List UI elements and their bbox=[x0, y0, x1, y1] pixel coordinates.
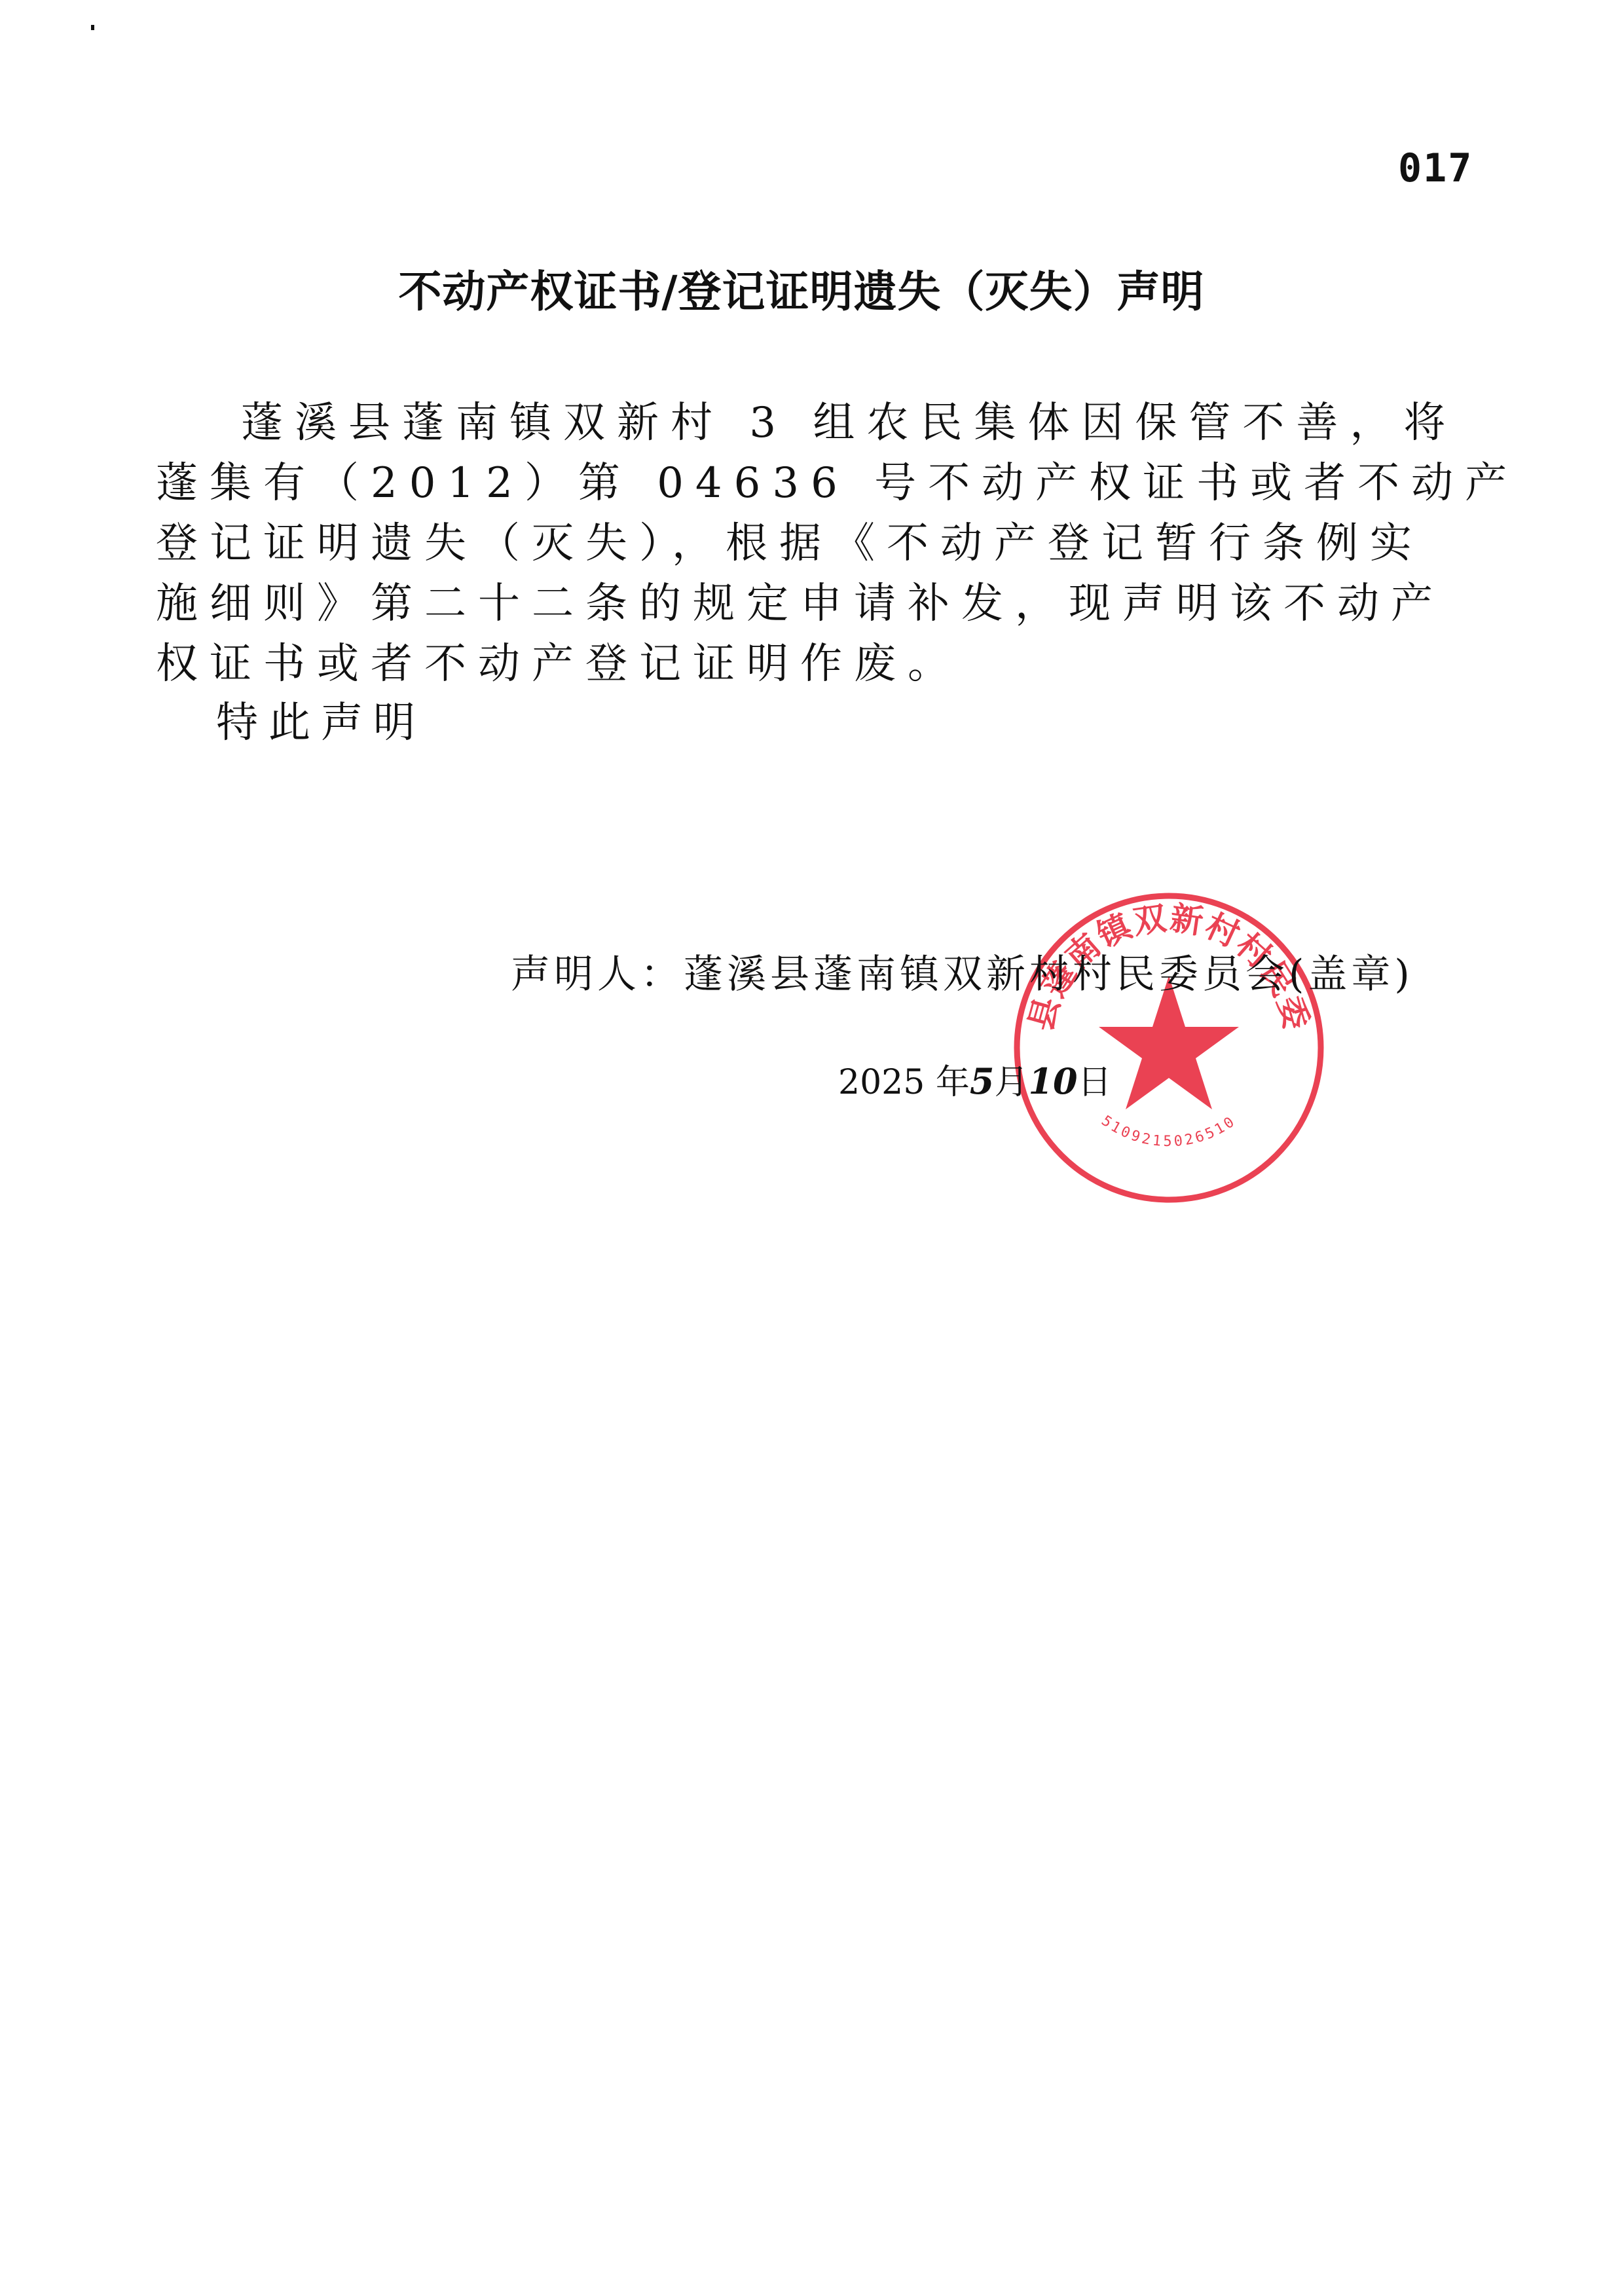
closing-statement: 特此声明 bbox=[216, 689, 426, 749]
body-line-2: 蓬集有（2012）第 04636 号不动产权证书或者不动产 bbox=[156, 453, 1413, 513]
page-number: 017 bbox=[1398, 145, 1473, 191]
date-year: 2025 bbox=[838, 1063, 925, 1102]
body-line-1: 蓬溪县蓬南镇双新村 3 组农民集体因保管不善，将 bbox=[156, 393, 1413, 453]
seal-serial: 5109215026510 bbox=[1098, 1113, 1240, 1150]
svg-text:5109215026510: 5109215026510 bbox=[1098, 1113, 1240, 1150]
body-line-5: 权证书或者不动产登记证明作废。 bbox=[156, 634, 1413, 694]
declarant-line: 声明人：蓬溪县蓬南镇双新村村民委员会(盖章) bbox=[511, 943, 1414, 999]
date-day-handwritten: 10 bbox=[1028, 1060, 1077, 1102]
body-line-3: 登记证明遗失（灭失），根据《不动产登记暂行条例实 bbox=[156, 513, 1413, 574]
document-body: 蓬溪县蓬南镇双新村 3 组农民集体因保管不善，将 蓬集有（2012）第 0463… bbox=[156, 393, 1413, 694]
date-day-suffix: 日 bbox=[1078, 1063, 1112, 1102]
declaration-date: 2025 年5月10日 bbox=[838, 1054, 1112, 1103]
date-month-suffix: 月 bbox=[994, 1063, 1028, 1102]
scan-speck bbox=[91, 25, 94, 30]
official-seal: 蓬溪县蓬南镇双新村村民委员会 5109215026510 bbox=[1005, 884, 1333, 1212]
document-title: 不动产权证书/登记证明遗失（灭失）声明 bbox=[0, 257, 1603, 319]
date-month-handwritten: 5 bbox=[970, 1060, 995, 1102]
date-year-suffix: 年 bbox=[925, 1063, 970, 1102]
body-line-4: 施细则》第二十二条的规定申请补发，现声明该不动产 bbox=[156, 574, 1413, 634]
